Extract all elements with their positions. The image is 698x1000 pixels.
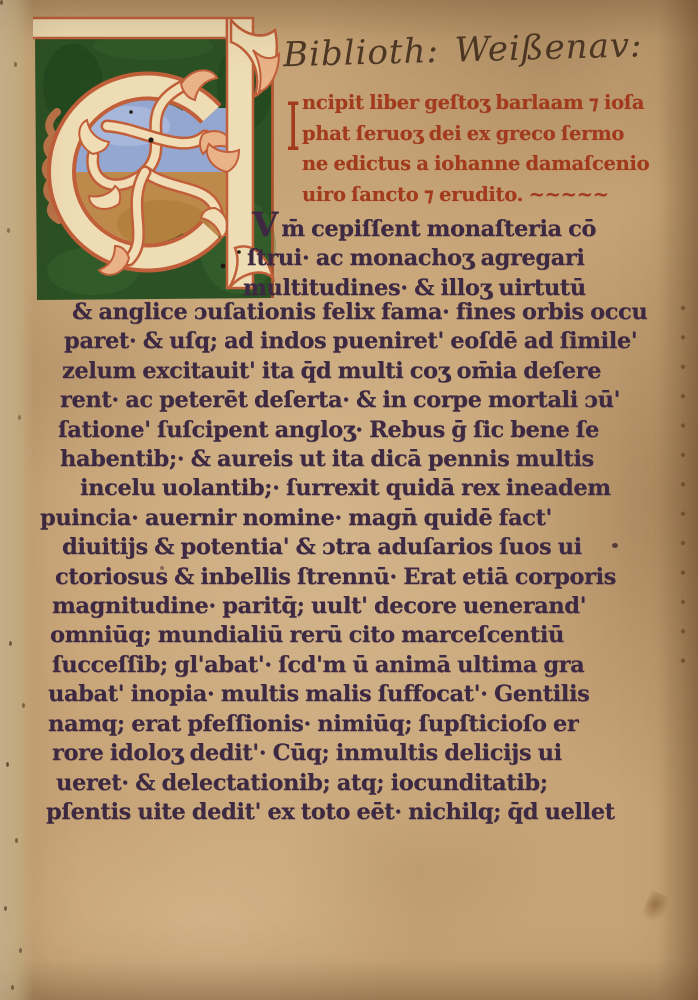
manuscript-page: Biblioth: Weißenav: C <box>0 0 698 1000</box>
ink-speck <box>160 566 164 570</box>
text-line: ueret· & delectationib; atq; iocunditati… <box>56 769 686 798</box>
text-line: diuitijs & potentia' & ɔtra aduſarios ſu… <box>62 533 686 562</box>
text-line: Vm̄ cepiſſent monaſteria cō <box>252 210 596 244</box>
binding-gutter-edge <box>0 0 34 1000</box>
rubric-line: ne edictus a iohanne damaſcenio <box>302 149 672 180</box>
text-line: puincia· auernir nomine· magn̄ quidē fac… <box>40 504 686 533</box>
main-text-block: & anglice ɔuſationis felix fama· fines o… <box>46 298 686 827</box>
incipit-rubric: ncipit liber geſtoʒ barlaam ⁊ ioſa phat … <box>302 88 672 210</box>
rubric-initial-I: I <box>286 86 294 178</box>
illuminated-initial: C <box>33 16 280 302</box>
text-line: ſtrui· ac monachoʒ agregari <box>247 244 596 273</box>
text-line: incelu uolantib;· ſurrexit quidā rex ine… <box>80 474 686 503</box>
rubric-line: phat ſeruoʒ dei ex greco ſermo <box>302 119 672 150</box>
text-line: pſentis uite dedit' ex toto eēt· nichilq… <box>46 798 686 827</box>
rubric-line: uiro ſancto ⁊ erudito. ~~~~~ <box>302 180 672 211</box>
rubric-line: ncipit liber geſtoʒ barlaam ⁊ ioſa <box>302 88 672 119</box>
text-line: omniūq; mundialiū rerū cito marceſcentiū <box>50 621 686 650</box>
ink-speck <box>612 543 618 548</box>
text-line: magnitudine· paritq̄; uult' decore uener… <box>52 592 686 621</box>
text-line: rore idoloʒ dedit'· Cūq; inmultis delici… <box>52 739 686 768</box>
text-line: & anglice ɔuſationis felix fama· fines o… <box>72 298 686 327</box>
illuminated-initial-artwork <box>33 16 280 302</box>
text-line: namq; erat pfeſſionis· nimiūq; ſupſticio… <box>48 710 686 739</box>
exlibris-inscription: Biblioth: Weißenav: <box>283 25 664 76</box>
text-line: habentib;· & aureis ut ita dicā pennis m… <box>60 445 686 474</box>
text-line: uabat' inopia· multis malis ſuffocat'· G… <box>48 680 686 709</box>
text-line: paret· & uſq; ad indos pueniret' eoſdē a… <box>64 327 686 356</box>
text-line: rent· ac peterēt deſerta· & in corpe mor… <box>60 386 686 415</box>
text-line: ſucceſſib; gl'abat'· ſcd'm ū animā ultim… <box>52 651 686 680</box>
text-line: ſatione' ſuſcipent angloʒ· Rebus ḡ ſic b… <box>58 416 686 445</box>
text-block-beside-initial: Vm̄ cepiſſent monaſteria cō ſtrui· ac mo… <box>252 210 596 303</box>
text-line: ctoriosus & inbellis ſtrennū· Erat etiā … <box>55 563 686 592</box>
text-line: zelum excitauit' ita q̄d multi coʒ om̄ia… <box>62 357 686 386</box>
